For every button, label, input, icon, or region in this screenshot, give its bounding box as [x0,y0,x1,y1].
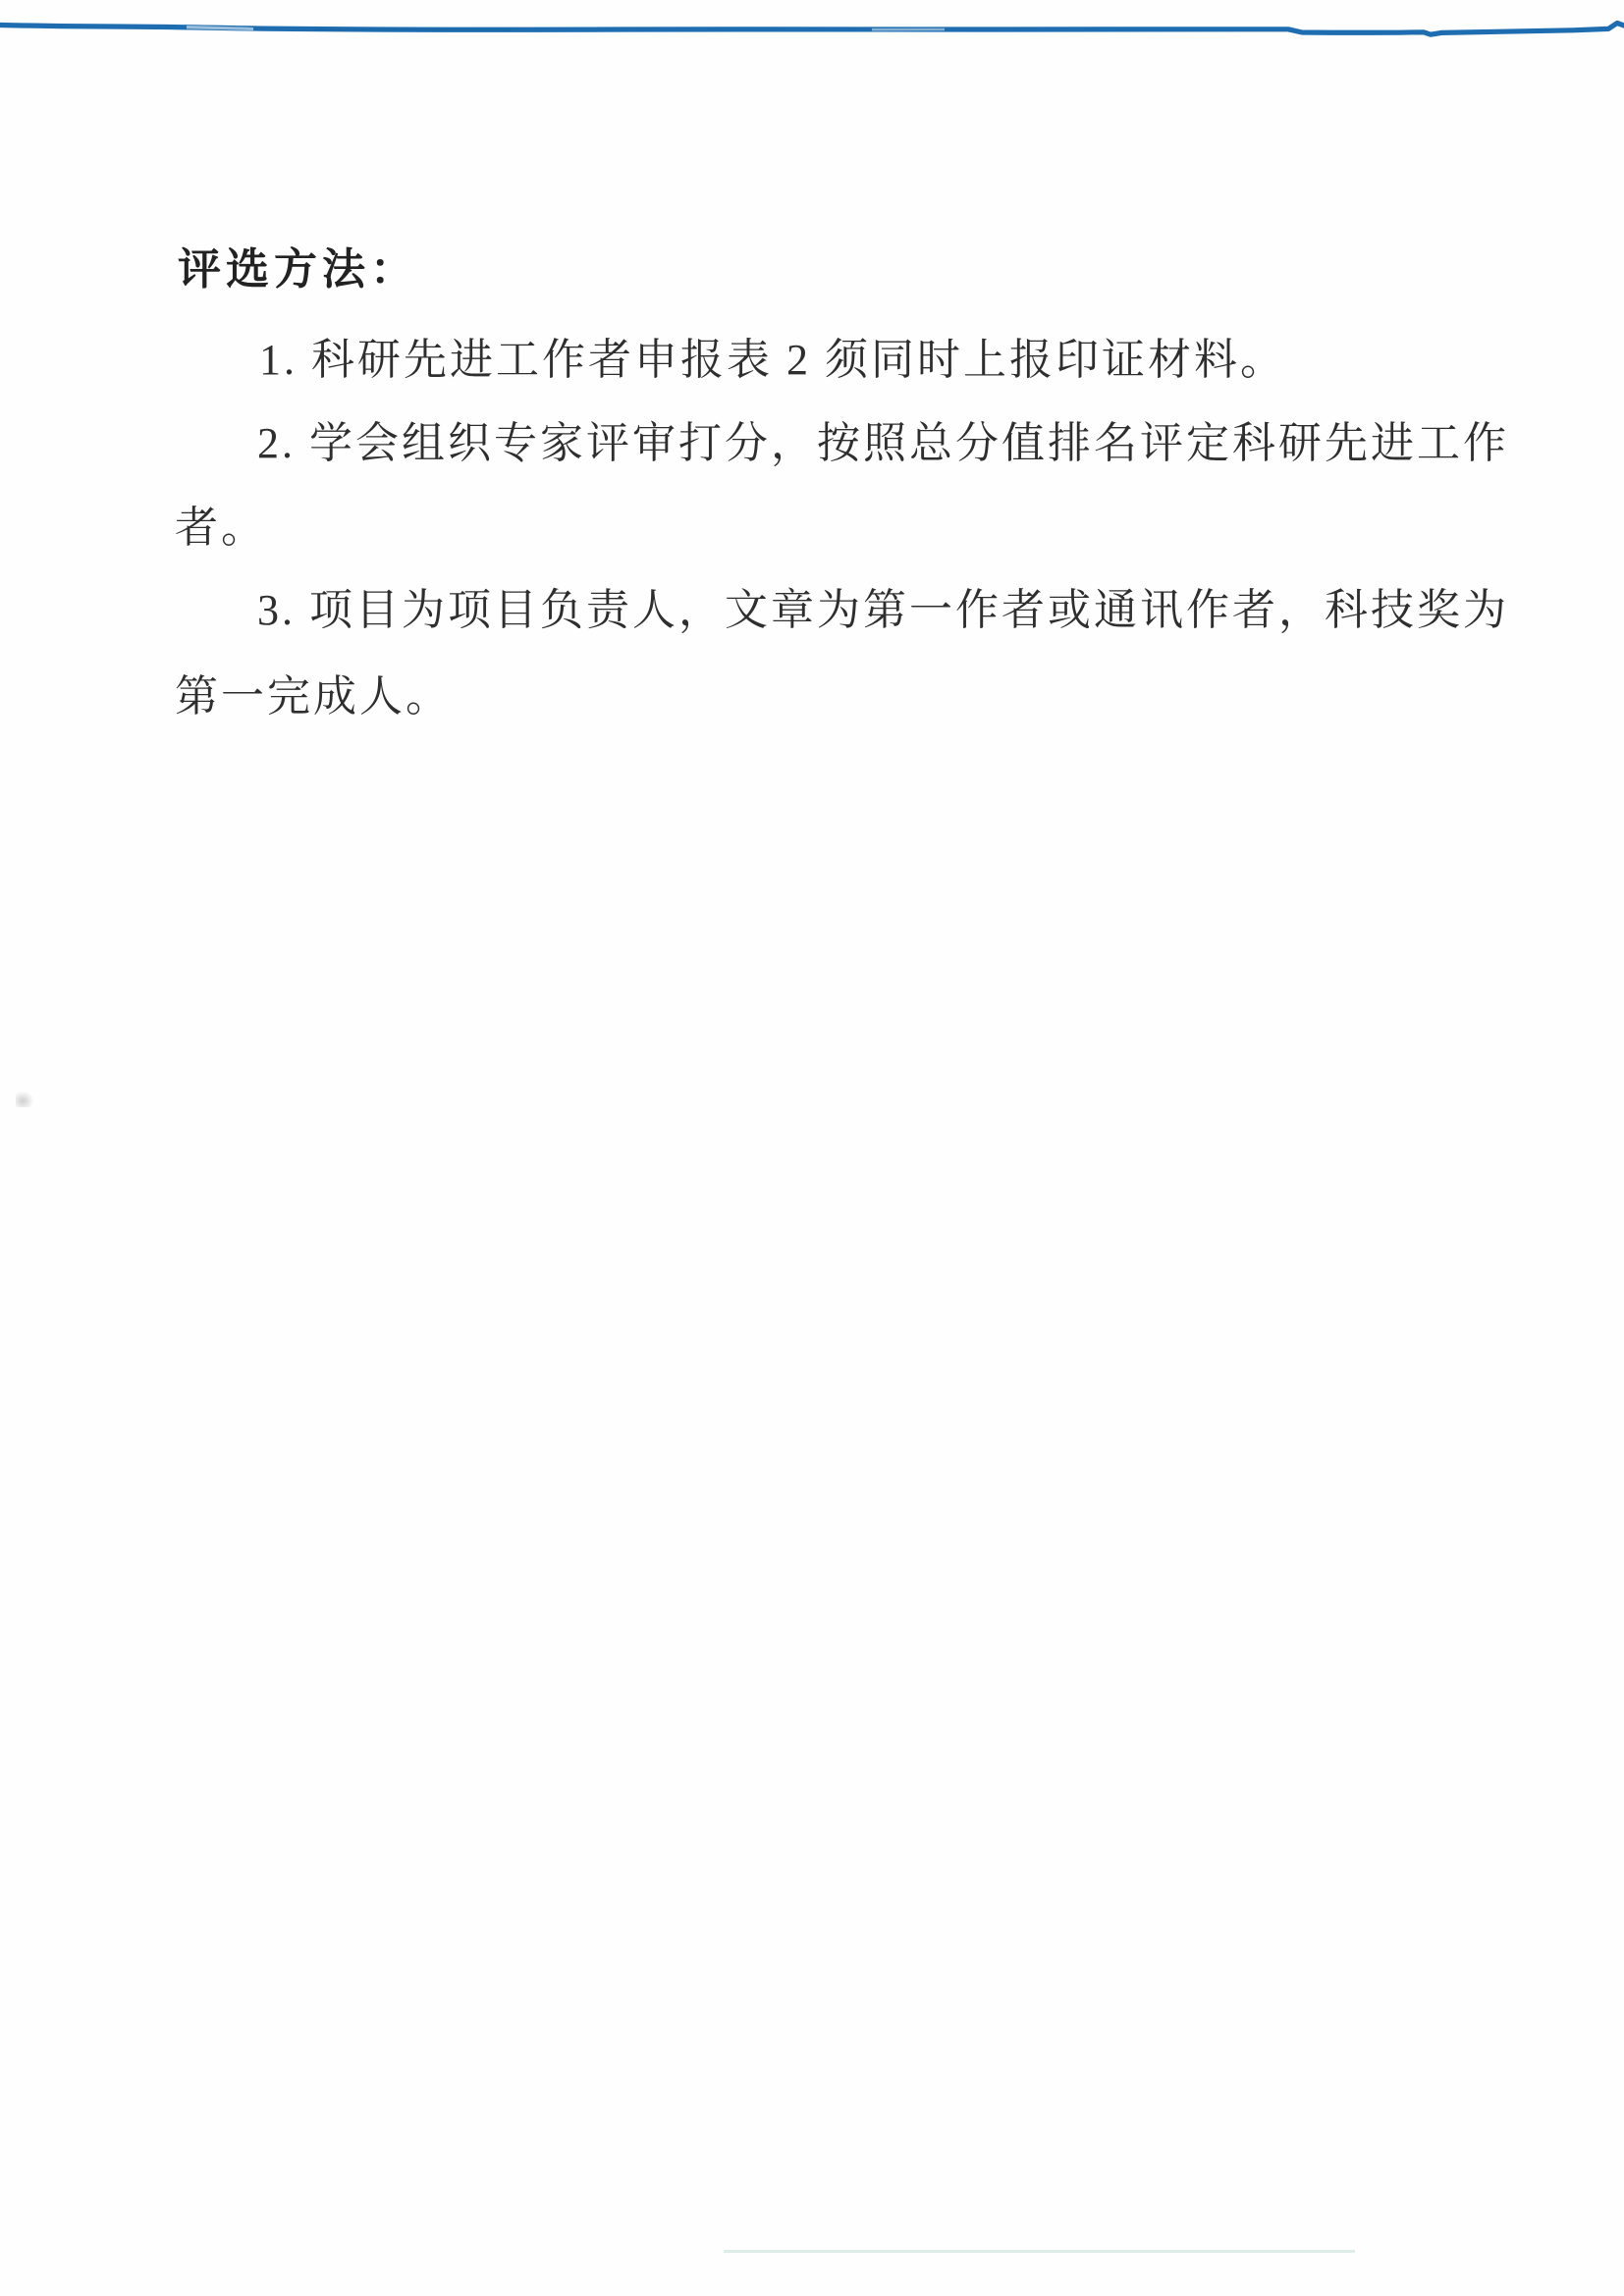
list-item-2-line-1: 2. 学会组织专家评审打分，按照总分值排名评定科研先进工作 [257,419,1509,468]
scanned-document-page: 评选方法： 1. 科研先进工作者申报表 2 须同时上报印证材料。 2. 学会组织… [0,0,1624,2296]
list-item-3-line-2: 第一完成人。 [175,672,452,721]
list-item-3-line-1: 3. 项目为项目负责人，文章为第一作者或通讯作者，科技奖为 [257,586,1509,635]
section-heading: 评选方法： [178,245,418,294]
scan-speck-artifact [16,1092,33,1107]
scan-bottom-faint-line [724,2250,1355,2253]
list-item-1: 1. 科研先进工作者申报表 2 须同时上报印证材料。 [259,336,1286,385]
list-item-2-line-2: 者。 [175,504,267,553]
scan-top-edge-line [0,0,1624,69]
